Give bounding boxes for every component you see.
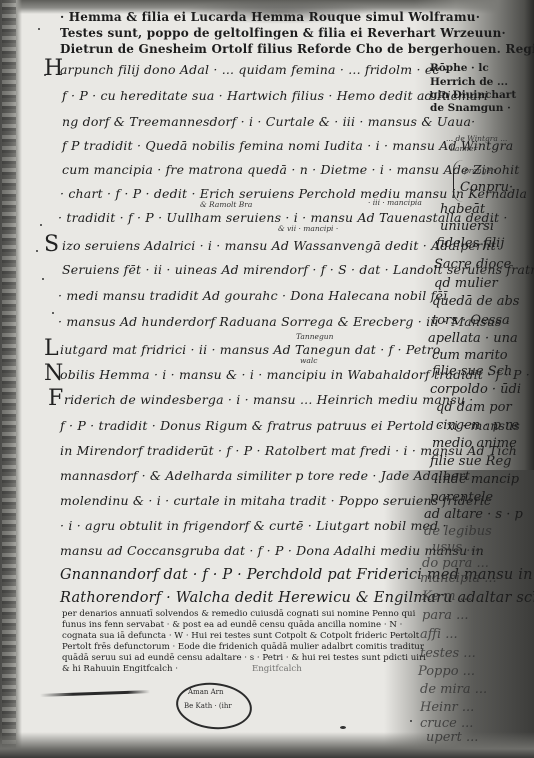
text-line: arpunch filij dono Adal · ... quidam fem…	[60, 62, 448, 77]
ink-speck	[36, 250, 38, 252]
margin-note-line: Herrich de ...	[430, 76, 508, 88]
text-line: f · P · cu hereditate sua · Hartwich fil…	[62, 88, 488, 103]
margin-column-line: de mira ...	[420, 682, 487, 697]
interlinear-gloss: & vii · mancipi ·	[278, 224, 338, 233]
margin-column-line: mancipia ...	[420, 571, 497, 586]
margin-gloss: prangen	[464, 166, 496, 175]
margin-note-line: gin Diuinchart	[430, 89, 516, 101]
margin-column-line: de legibus	[424, 524, 492, 539]
margin-note-line: Rōphe · lc	[430, 62, 489, 74]
text-line: molendinu & · i · curtale in mitaha trad…	[60, 493, 491, 508]
margin-column-line: Conpru·	[460, 180, 513, 195]
margin-column-line: Ke m ...	[422, 589, 472, 604]
initial-letter: S	[44, 232, 59, 257]
margin-gloss: Lanner	[450, 144, 477, 153]
interlinear-gloss: & Ramolt Bra	[200, 200, 252, 209]
margin-column-line: do para ...	[422, 556, 489, 571]
initial-letter: F	[48, 386, 63, 411]
small-text-line: Pertolt frēs defunctorum · Eode die frid…	[62, 642, 424, 652]
header-line: Testes sunt, poppo de geltolfingen & fil…	[60, 26, 506, 40]
stamp-text-line: Be Kath · (ihr	[184, 702, 232, 710]
binding-edge-texture	[2, 0, 16, 758]
stamp-text-line: Aman Arn	[188, 688, 224, 696]
ink-speck	[42, 278, 44, 280]
margin-column-line: filie sue Sch	[432, 364, 512, 379]
text-line: cum mancipia · fre matrona quedā · n · D…	[62, 162, 520, 177]
margin-column-line: para ...	[422, 608, 469, 623]
small-text-line: funus ins fenn servabat · & post ea ad e…	[62, 620, 402, 630]
margin-column-line: filie sue Reg	[430, 454, 512, 469]
margin-column-line: corpoldo · ūdi	[430, 382, 521, 397]
pen-stroke	[40, 690, 150, 697]
margin-gloss: ... de Wintgra ...	[446, 134, 507, 143]
interlinear-gloss: Tannegun	[296, 332, 333, 341]
ink-speck	[40, 224, 42, 226]
text-line: iutgard mat fridrici · ii · mansus Ad Ta…	[60, 342, 441, 357]
small-text-line: per denarios annuatī solvendos & remedio…	[62, 609, 415, 619]
header-line: · Hemma & filia ei Lucarda Hemma Rouque …	[60, 10, 480, 24]
margin-column-line: ad altare · s · p	[424, 507, 523, 522]
margin-column-line: Sacre dioce	[434, 257, 511, 272]
text-line: · medi mansu tradidit Ad gourahc · Dona …	[58, 288, 447, 303]
text-line: · i · agru obtulit in frigendorf & curtē…	[60, 518, 447, 533]
margin-column-line: parentele	[430, 490, 493, 505]
margin-column-line: uniuersi	[440, 219, 494, 234]
ink-speck	[44, 74, 46, 76]
margin-column-line: Poppo ...	[418, 664, 475, 679]
header-line: Dietrun de Gnesheim Ortolf filius Reford…	[60, 42, 534, 56]
text-line: mannasdorf · & Adelharda similiter p tor…	[60, 468, 470, 483]
margin-column-line: cum marito	[432, 348, 508, 363]
margin-column-line: Heinr ...	[420, 700, 474, 715]
text-line: riderich de windesberga · i · mansu ... …	[64, 392, 473, 407]
margin-column-line: quedā de abs	[432, 294, 519, 309]
ink-speck	[410, 720, 412, 722]
ink-speck	[52, 312, 54, 314]
margin-column-line: usus ...	[432, 540, 479, 555]
margin-column-line: medio anime	[432, 436, 517, 451]
margin-column-line: qd dam por	[436, 400, 512, 415]
margin-column-line: tors · Oessa	[432, 313, 510, 328]
text-line: izo seruiens Adalrici · i · mansu Ad Was…	[62, 238, 496, 253]
margin-column-line: linde mancip	[434, 472, 519, 487]
ink-speck	[38, 28, 40, 30]
text-line: ng dorf & Treemannesdorf · i · Curtale &…	[62, 114, 475, 129]
margin-column-line: fideles filij	[436, 236, 504, 251]
manuscript-page: · Hemma & filia ei Lucarda Hemma Rouque …	[0, 0, 534, 758]
small-text-line: quādā seruu sui ad eundē censu adaltare …	[62, 653, 426, 663]
margin-column-line: qd mulier	[434, 276, 498, 291]
text-line: mansu ad Coccansgruba dat · f · P · Dona…	[60, 543, 484, 558]
margin-column-line: habeāt	[440, 202, 485, 217]
interlinear-gloss: · iii · mancipia	[368, 198, 422, 207]
interlinear-gloss: walc	[300, 356, 318, 365]
margin-column-line: apellata · una	[428, 331, 518, 346]
small-text-trailing: Engitfcalch	[252, 664, 302, 674]
margin-column-line: affi ...	[420, 627, 458, 642]
margin-column-line: cruce ...	[420, 716, 473, 731]
small-text-line: & hi Rahuuin Engitfcalch ·	[62, 664, 178, 674]
ink-blot	[340, 726, 346, 729]
initial-letter: L	[44, 336, 59, 361]
small-text-line: cognata sua iā defuncta · W · Hui rei te…	[62, 631, 419, 641]
margin-column-line: upert ...	[426, 730, 478, 745]
margin-note-line: de Snamgun ·	[430, 102, 511, 114]
margin-column-line: cingen · p re	[436, 418, 519, 433]
margin-column-line: testes ...	[420, 646, 476, 661]
